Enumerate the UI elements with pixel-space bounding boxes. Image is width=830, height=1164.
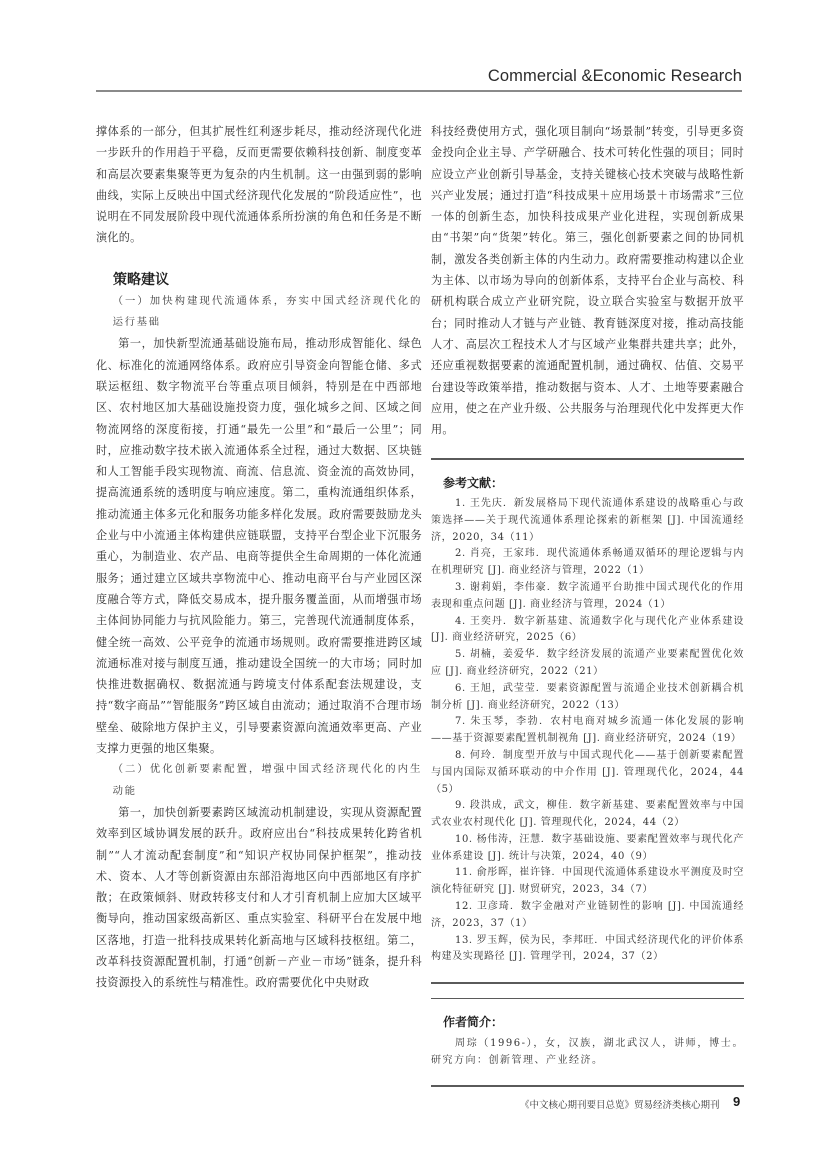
references-bottom-rule [431, 982, 744, 984]
reference-item: 7. 朱玉琴，李勃．农村电商对城乡流通一体化发展的影响——基于资源要素配置机制视… [431, 714, 744, 748]
header-divider [96, 90, 742, 92]
references-list: 1. 王先庆．新发展格局下现代流通体系建设的战略重心与政策选择——关于现代流通体… [431, 496, 744, 966]
author-bottom-rule [431, 1085, 744, 1087]
subsection-2-body: 第一，加快创新要素跨区域流动机制建设，实现从资源配置效率到区域协调发展的跃升。政… [96, 802, 422, 994]
journal-title: Commercial &Economic Research [488, 67, 742, 86]
reference-item: 13. 罗玉辉，侯为民，李邦旺．中国式经济现代化的评价体系构建及实现路径 [J]… [431, 933, 744, 967]
reference-item: 8. 何玲．制度型开放与中国式现代化——基于创新要素配置与国内国际双循环联动的中… [431, 748, 744, 798]
continuation-paragraph: 科技经费使用方式，强化项目制向“场景制”转变，引导更多资金投向企业主导、产学研融… [431, 121, 744, 440]
page-number: 9 [733, 1094, 740, 1109]
references-top-rule [431, 458, 744, 460]
reference-item: 11. 俞彤晖，崔许锋．中国现代流通体系建设水平测度及时空演化特征研究 [J].… [431, 865, 744, 899]
reference-item: 9. 段洪成，武文，柳佳．数字新基建、要素配置效率与中国式农业农村现代化 [J]… [431, 798, 744, 832]
paragraph-text: 科技经费使用方式，强化项目制向“场景制”转变，引导更多资金投向企业主导、产学研融… [431, 121, 744, 440]
references-title: 参考文献： [443, 474, 744, 491]
subsection-1-body: 第一，加快新型流通基础设施布局，推动形成智能化、绿色化、标准化的流通网络体系。政… [96, 333, 422, 759]
left-column: 撑体系的一部分，但其扩展性红利逐步耗尽，推动经济现代化进一步跃升的作用趋于平稳，… [96, 121, 422, 994]
reference-item: 2. 肖亮，王家玮．现代流通体系畅通双循环的理论逻辑与内在机理研究 [J]. 商… [431, 546, 744, 580]
reference-item: 4. 王奕丹．数字新基建、流通数字化与现代化产业体系建设 [J]. 商业经济研究… [431, 614, 744, 648]
intro-paragraph: 撑体系的一部分，但其扩展性红利逐步耗尽，推动经济现代化进一步跃升的作用趋于平稳，… [96, 121, 422, 249]
reference-item: 12. 卫彦琦．数字金融对产业链韧性的影响 [J]. 中国流通经济，2023，3… [431, 899, 744, 933]
paragraph-text: 第一，加快创新要素跨区域流动机制建设，实现从资源配置效率到区域协调发展的跃升。政… [96, 802, 422, 994]
subsection-2-heading: （二）优化创新要素配置，增强中国式经济现代化的内生动能 [96, 759, 422, 802]
paragraph-text: 第一，加快新型流通基础设施布局，推动形成智能化、绿色化、标准化的流通网络体系。政… [96, 333, 422, 759]
references-section: 参考文献： 1. 王先庆．新发展格局下现代流通体系建设的战略重心与政策选择——关… [431, 458, 744, 983]
paragraph-text: 撑体系的一部分，但其扩展性红利逐步耗尽，推动经济现代化进一步跃升的作用趋于平稳，… [96, 121, 422, 249]
subsection-1-heading: （一）加快构建现代流通体系，夯实中国式经济现代化的运行基础 [96, 291, 422, 334]
section-title: 策略建议 [113, 269, 422, 289]
subsection-title: （一）加快构建现代流通体系，夯实中国式经济现代化的运行基础 [96, 291, 422, 334]
reference-item: 6. 王旭，武莹莹．要素资源配置与流通企业技术创新耦合机制分析 [J]. 商业经… [431, 681, 744, 715]
author-top-rule [431, 998, 744, 1000]
author-section: 作者简介： 周琮（1996-），女，汉族，湖北武汉人，讲师，博士。研究方向：创新… [431, 998, 744, 1087]
reference-item: 10. 杨伟涛，汪慧．数字基础设施、要素配置效率与现代化产业体系建设 [J]. … [431, 832, 744, 866]
reference-item: 1. 王先庆．新发展格局下现代流通体系建设的战略重心与政策选择——关于现代流通体… [431, 496, 744, 546]
reference-item: 3. 谢莉娟，李伟豪．数字流通平台助推中国式现代化的作用表现和重点问题 [J].… [431, 580, 744, 614]
right-column: 科技经费使用方式，强化项目制向“场景制”转变，引导更多资金投向企业主导、产学研融… [431, 121, 744, 1087]
reference-item: 5. 胡楠，姜爱华．数字经济发展的流通产业要素配置优化效应 [J]. 商业经济研… [431, 647, 744, 681]
footer-journal-note: 《中文核心期刊要目总览》贸易经济类核心期刊 [520, 1097, 720, 1111]
author-title: 作者简介： [443, 1013, 744, 1030]
subsection-title: （二）优化创新要素配置，增强中国式经济现代化的内生动能 [96, 759, 422, 802]
author-bio: 周琮（1996-），女，汉族，湖北武汉人，讲师，博士。研究方向：创新管理、产业经… [431, 1035, 744, 1069]
